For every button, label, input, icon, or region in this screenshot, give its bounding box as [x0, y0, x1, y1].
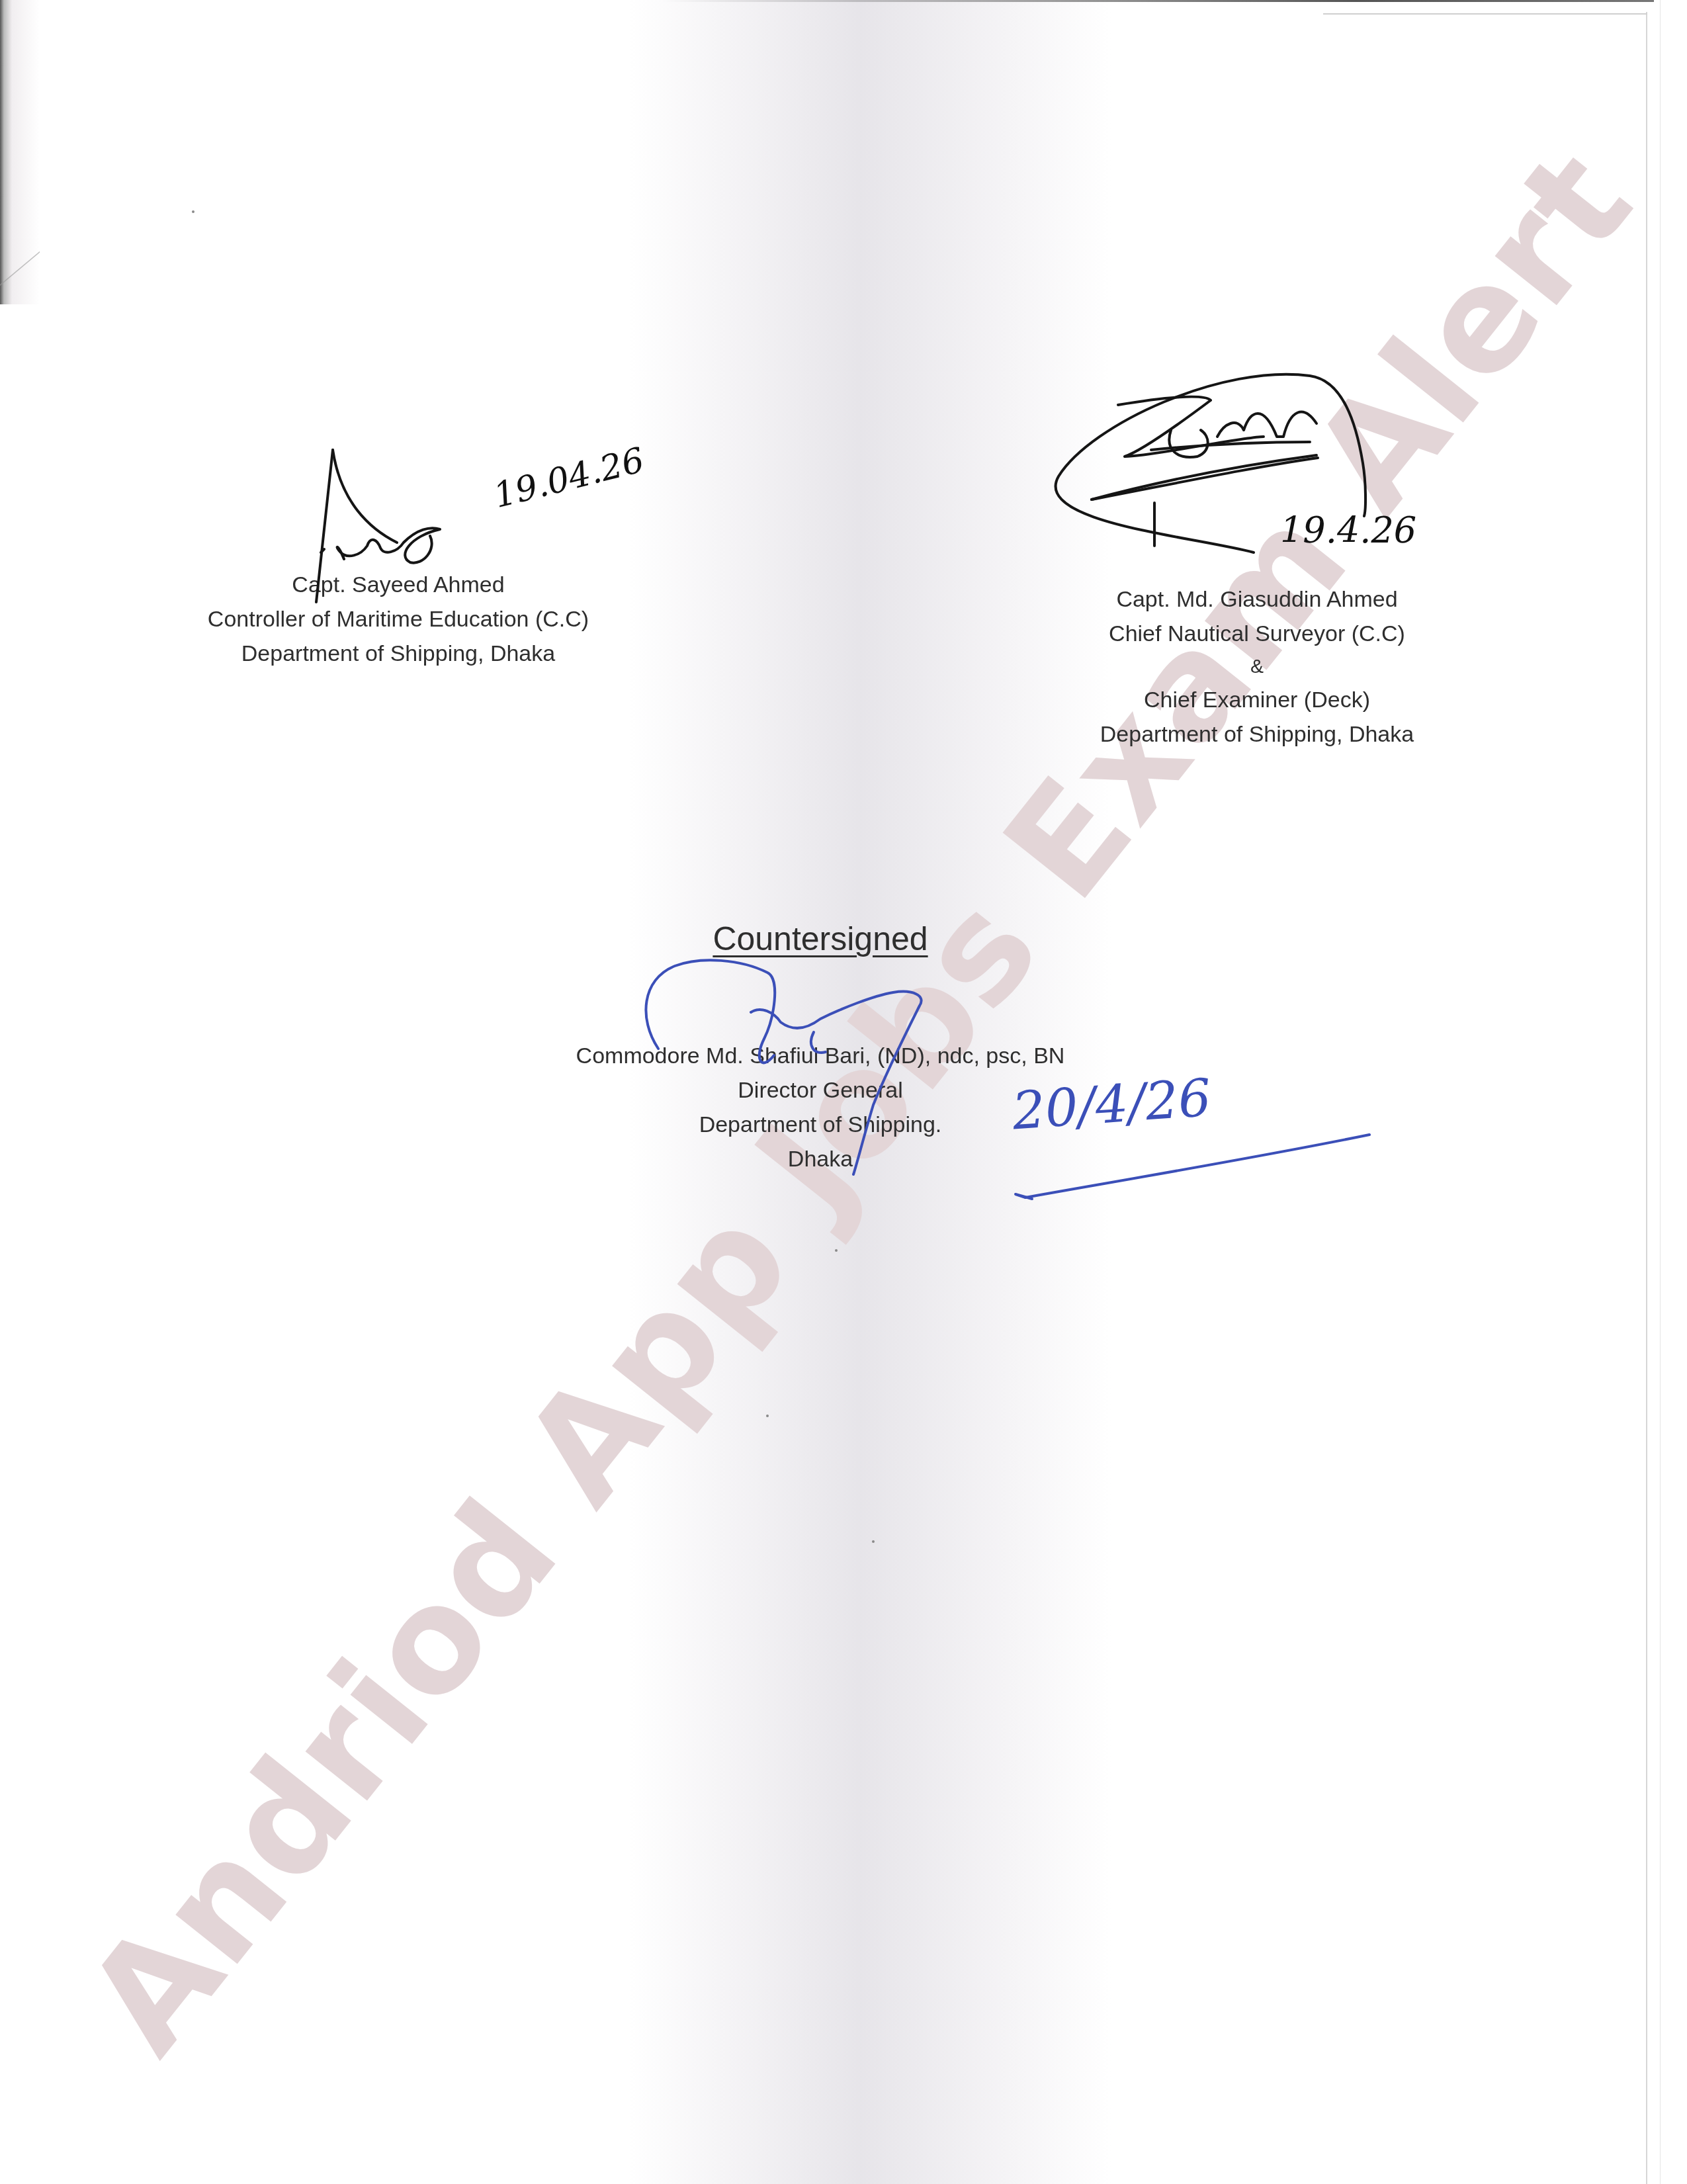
signatory-office: Department of Shipping, Dhaka	[187, 636, 610, 671]
signatory-office: Department of Shipping, Dhaka	[1072, 717, 1442, 752]
countersigner-name: Commodore Md. Shafiul Bari, (ND), ndc, p…	[542, 1039, 1098, 1073]
signatory-designation-2: Chief Examiner (Deck)	[1072, 683, 1442, 717]
signatory-name: Capt. Md. Giasuddin Ahmed	[1072, 582, 1442, 617]
countersigned-heading: Countersigned	[662, 920, 979, 958]
signatory-block-1: Capt. Sayeed Ahmed Controller of Maritim…	[187, 568, 610, 671]
signatory-designation: Chief Nautical Surveyor (C.C)	[1072, 617, 1442, 651]
scan-top-border	[662, 0, 1654, 2]
handwritten-date-2: 19.4.26	[1280, 509, 1416, 551]
signatory-conjunction: &	[1072, 651, 1442, 683]
signatory-block-2: Capt. Md. Giasuddin Ahmed Chief Nautical…	[1072, 582, 1442, 752]
scan-right-edge-outer	[1660, 0, 1661, 2184]
signatory-name: Capt. Sayeed Ahmed	[187, 568, 610, 602]
signatory-designation: Controller of Maritime Education (C.C)	[187, 602, 610, 636]
scan-top-edge	[1323, 13, 1647, 15]
countersigner-city: Dhaka	[542, 1142, 1098, 1176]
scan-right-edge	[1646, 12, 1647, 2184]
scanned-page: Andriod App Jobs Exam Alert Capt. Sayeed…	[0, 0, 1687, 2184]
handwritten-date-1: 19.04.26	[490, 441, 648, 516]
